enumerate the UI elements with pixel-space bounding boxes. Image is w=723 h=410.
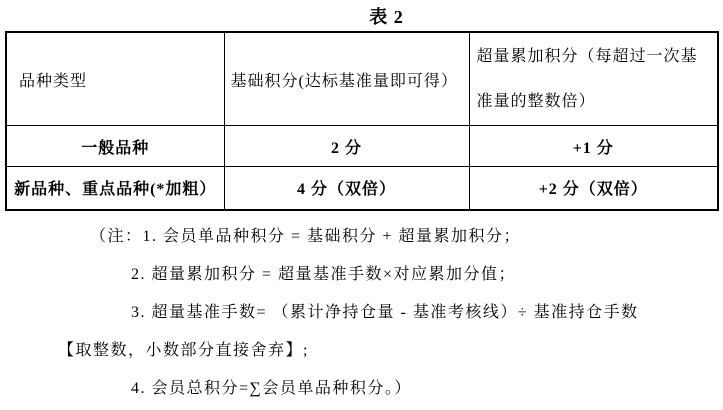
header-extra-points: 超量累加积分（每超过一次基 准量的整数倍）: [469, 32, 718, 126]
header-variety-type: 品种类型: [6, 32, 224, 126]
table-row-general-variety: 一般品种 2 分 +1 分: [6, 126, 718, 167]
cell-extra-points: +1 分: [469, 126, 718, 167]
note-line-4: 4. 会员总积分=∑会员单品种积分。）: [0, 370, 723, 408]
cell-variety-type: 一般品种: [6, 126, 224, 167]
points-table: 品种类型 基础积分(达标基准量即可得） 超量累加积分（每超过一次基 准量的整数倍…: [5, 31, 719, 211]
notes-block: （注：1. 会员单品种积分 = 基础积分 + 超量累加积分； 2. 超量累加积分…: [0, 218, 723, 408]
header-extra-points-line2: 准量的整数倍）: [477, 79, 717, 124]
cell-base-points: 2 分: [224, 126, 469, 167]
cell-variety-type: 新品种、重点品种(*加粗）: [6, 167, 224, 210]
note-line-2: 2. 超量累加积分 = 超量基准手数×对应累加分值；: [0, 256, 723, 294]
document-page: 表 2 品种类型 基础积分(达标基准量即可得） 超量累加积分（每超过一次基 准量…: [0, 0, 723, 410]
cell-extra-points: +2 分（双倍）: [469, 167, 718, 210]
note-line-3-continuation: 【取整数，小数部分直接舍弃】;: [0, 332, 723, 370]
table-row-new-key-variety: 新品种、重点品种(*加粗） 4 分（双倍） +2 分（双倍）: [6, 167, 718, 210]
note-line-1: （注：1. 会员单品种积分 = 基础积分 + 超量累加积分；: [0, 218, 723, 256]
table-header-row: 品种类型 基础积分(达标基准量即可得） 超量累加积分（每超过一次基 准量的整数倍…: [6, 32, 718, 126]
header-base-points: 基础积分(达标基准量即可得）: [224, 32, 469, 126]
note-line-3: 3. 超量基准手数= （累计净持仓量 - 基准考核线）÷ 基准持仓手数: [0, 294, 723, 332]
table-caption: 表 2: [0, 5, 723, 29]
cell-base-points: 4 分（双倍）: [224, 167, 469, 210]
header-extra-points-line1: 超量累加积分（每超过一次基: [477, 34, 717, 79]
